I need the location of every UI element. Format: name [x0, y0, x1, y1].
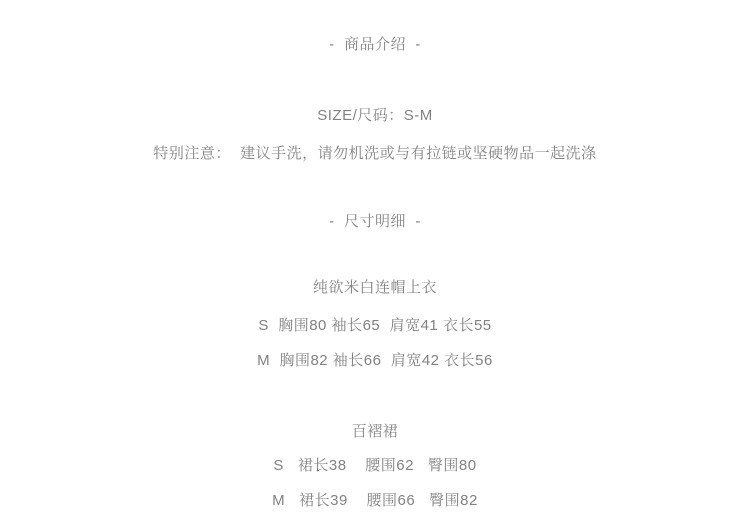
garment-skirt-size-row-m: M 裙长39 腰围66 臀围82 — [0, 493, 750, 509]
garment-top-name: 纯欲米白连帽上衣 — [0, 280, 750, 296]
garment-top-size-row-m: M 胸围82 袖长66 肩宽42 衣长56 — [0, 353, 750, 369]
section-heading-product-intro: - 商品介绍 - — [0, 37, 750, 53]
care-instructions-note: 特别注意： 建议手洗，请勿机洗或与有拉链或坚硬物品一起洗涤 — [0, 146, 750, 162]
garment-top-size-row-s: S 胸围80 袖长65 肩宽41 衣长55 — [0, 318, 750, 334]
garment-skirt-size-row-s: S 裙长38 腰围62 臀围80 — [0, 458, 750, 474]
section-heading-size-details: - 尺寸明细 - — [0, 214, 750, 230]
size-range-label: SIZE/尺码：S-M — [0, 108, 750, 124]
product-description-page: - 商品介绍 - SIZE/尺码：S-M 特别注意： 建议手洗，请勿机洗或与有拉… — [0, 0, 750, 525]
garment-skirt-name: 百褶裙 — [0, 424, 750, 440]
